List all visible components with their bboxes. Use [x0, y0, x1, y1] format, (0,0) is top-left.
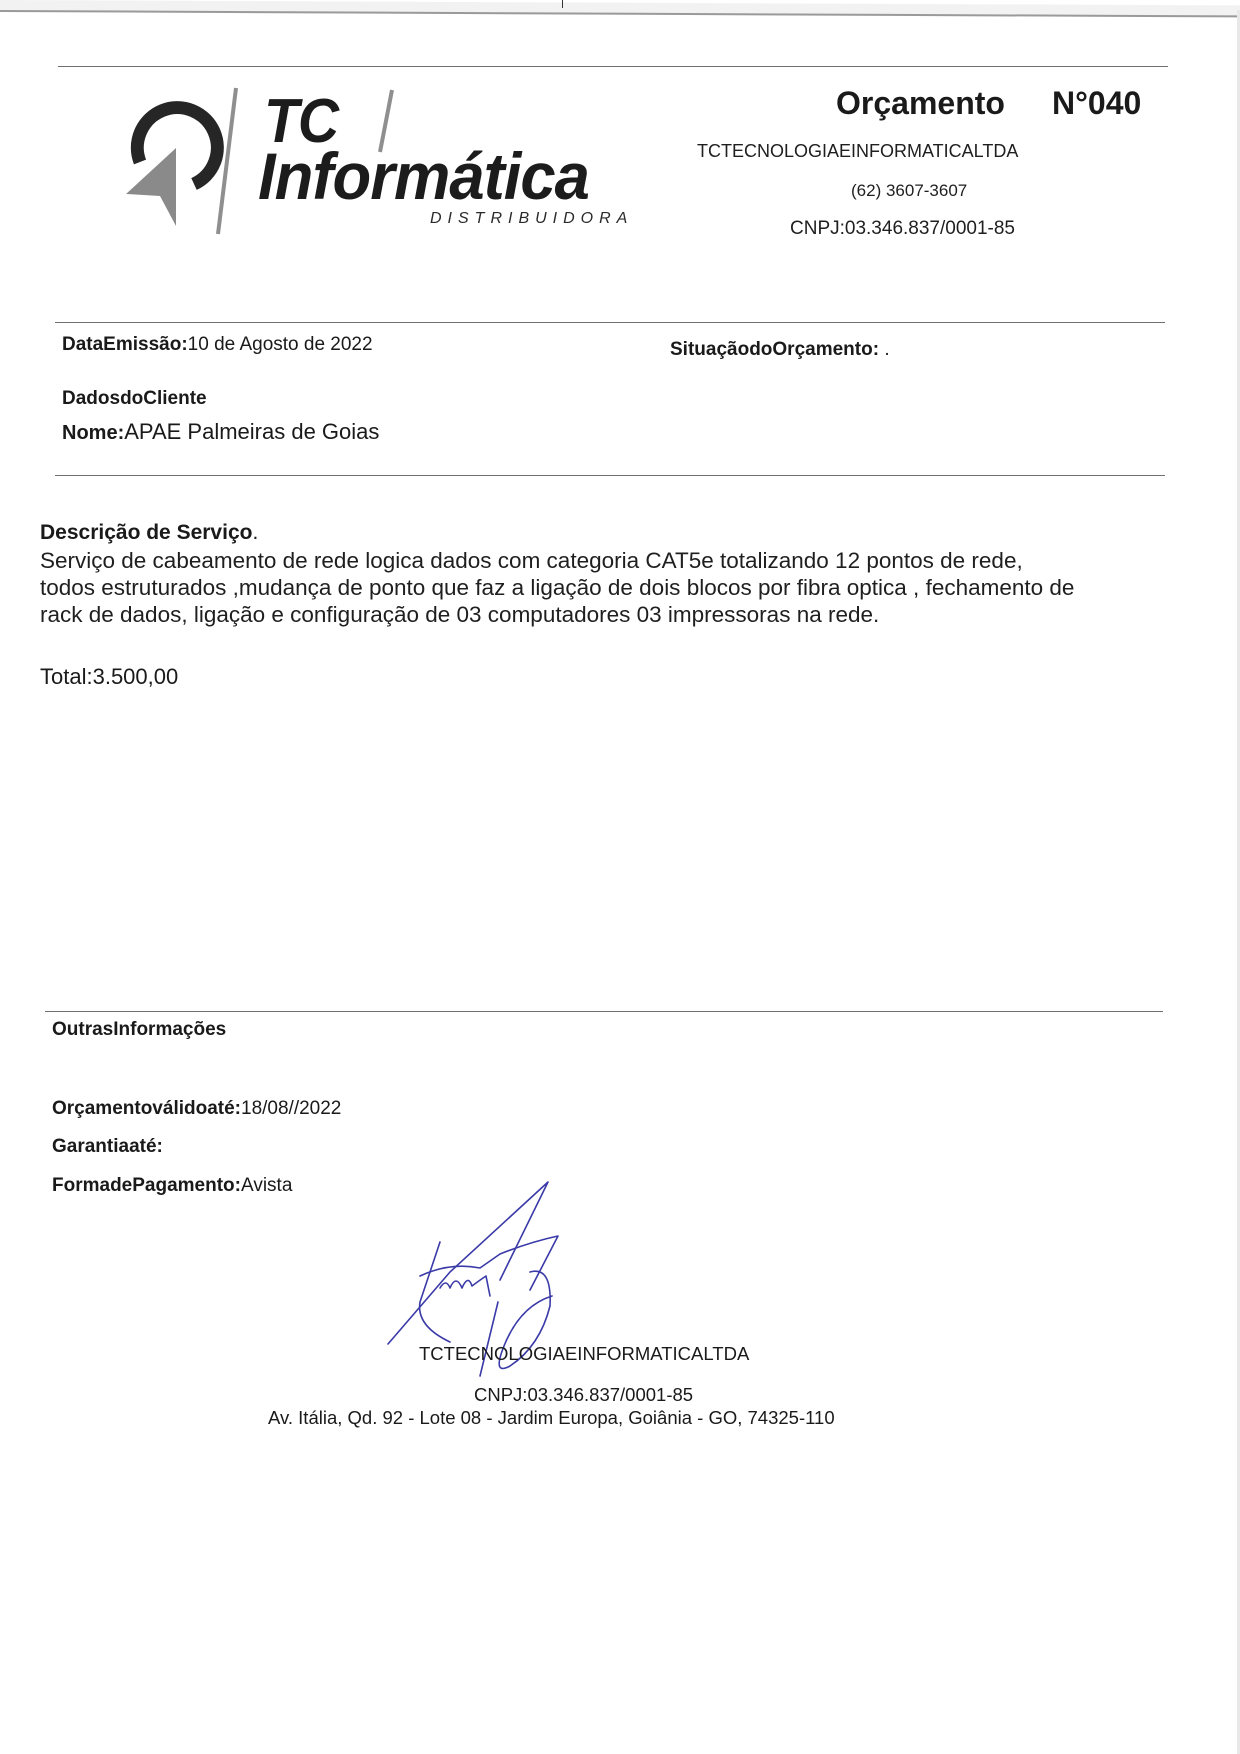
divider-client	[55, 475, 1165, 476]
company-phone: (62) 3607-3607	[851, 181, 967, 201]
service-description-line: rack de dados, ligação e configuração de…	[40, 601, 1220, 628]
service-total: Total:3.500,00	[40, 664, 178, 690]
issue-date: DataEmissão:10 de Agosto de 2022	[62, 334, 373, 356]
scan-top-edge	[0, 0, 1240, 17]
budget-status-value: .	[879, 339, 890, 360]
document-title: Orçamento	[836, 85, 1005, 122]
service-description: Serviço de cabeamento de rede logica dad…	[40, 547, 1220, 628]
client-name: Nome:APAE Palmeiras de Goias	[62, 419, 379, 445]
valid-until-label: Orçamentoválidoaté:	[52, 1098, 241, 1119]
service-title-suffix: .	[252, 521, 258, 544]
signature-cnpj: CNPJ:03.346.837/0001-85	[474, 1384, 693, 1406]
client-name-value: APAE Palmeiras de Goias	[124, 419, 379, 444]
document-title-text: Orçamento	[836, 85, 1005, 121]
issue-date-label: DataEmissão:	[62, 334, 188, 355]
payment-method: FormadePagamento:Avista	[52, 1175, 292, 1197]
other-info-title: OutrasInformações	[52, 1019, 226, 1041]
service-total-label: Total:	[40, 664, 93, 689]
warranty: Garantiaaté:	[52, 1136, 163, 1158]
signature-company: TCTECNOLOGIAEINFORMATICALTDA	[419, 1343, 749, 1365]
divider-top	[58, 66, 1168, 67]
payment-method-label: FormadePagamento:	[52, 1175, 241, 1196]
company-legal-name: TCTECNOLOGIAEINFORMATICALTDA	[697, 141, 1018, 162]
service-description-line: todos estruturados ,mudança de ponto que…	[40, 574, 1220, 601]
service-total-value: 3.500,00	[93, 664, 179, 689]
divider-other-info	[45, 1011, 1163, 1012]
budget-status: SituaçãodoOrçamento: .	[670, 339, 890, 361]
document-number: N°040	[1052, 85, 1141, 122]
divider-header	[55, 322, 1165, 323]
service-section-title: Descrição de Serviço.	[40, 521, 258, 545]
service-title-text: Descrição de Serviço	[40, 521, 252, 544]
service-description-line: Serviço de cabeamento de rede logica dad…	[40, 547, 1220, 574]
issue-date-value: 10 de Agosto de 2022	[188, 334, 373, 355]
power-cursor-logo-icon	[118, 86, 258, 246]
company-logo: TC Informática DISTRIBUIDORA	[118, 86, 678, 246]
company-address: Av. Itália, Qd. 92 - Lote 08 - Jardim Eu…	[268, 1407, 835, 1429]
warranty-label: Garantiaaté:	[52, 1136, 163, 1157]
logo-line-2: Informática	[258, 138, 589, 214]
payment-method-value: Avista	[241, 1175, 292, 1196]
valid-until-value: 18/08//2022	[241, 1098, 341, 1119]
budget-status-label: SituaçãodoOrçamento:	[670, 339, 879, 360]
client-section-title: DadosdoCliente	[62, 388, 207, 410]
valid-until: Orçamentoválidoaté:18/08//2022	[52, 1098, 341, 1120]
scan-fold-mark	[562, 0, 563, 8]
client-name-label: Nome:	[62, 422, 124, 444]
company-cnpj: CNPJ:03.346.837/0001-85	[790, 218, 1015, 240]
logo-tagline: DISTRIBUIDORA	[430, 210, 633, 228]
